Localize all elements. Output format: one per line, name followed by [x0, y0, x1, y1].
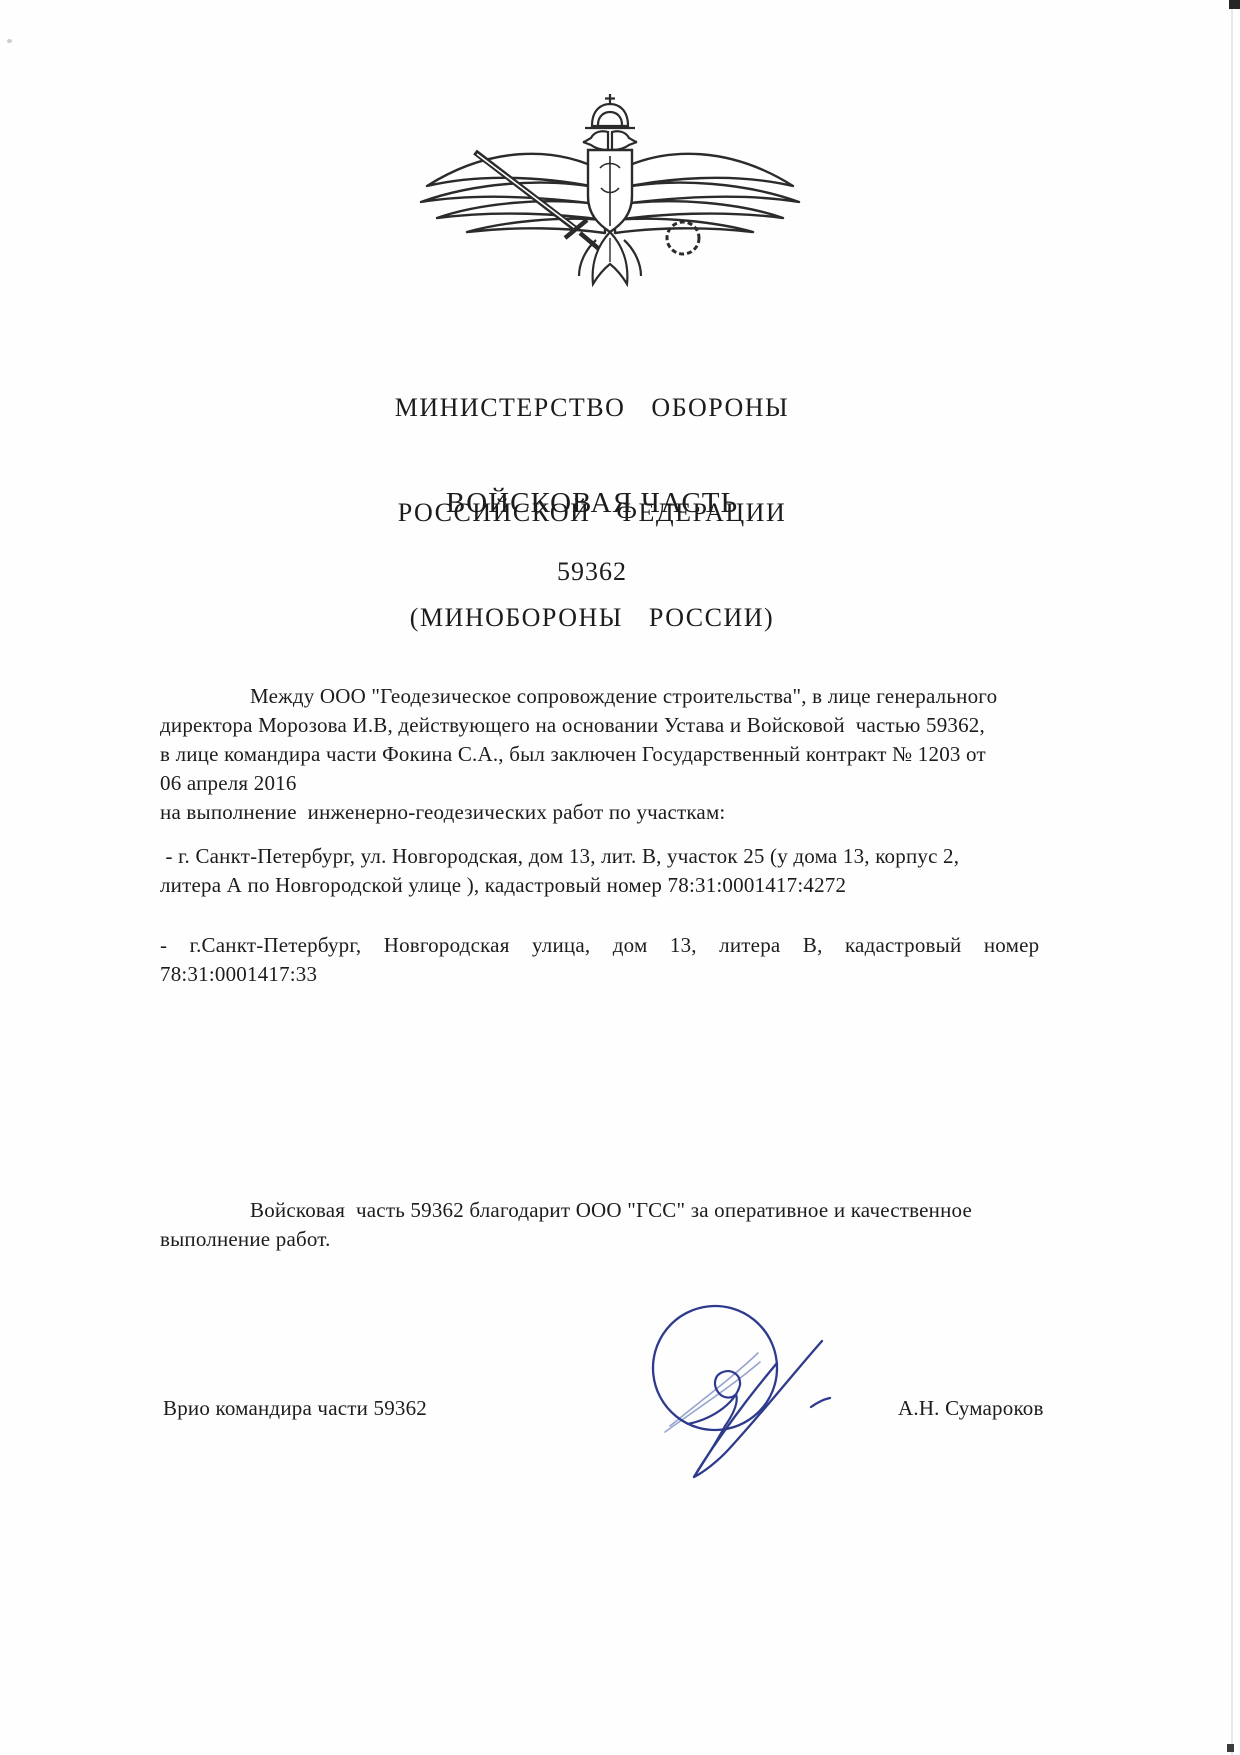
site-item-1: - г. Санкт-Петербург, ул. Новгородская, …	[160, 842, 1128, 900]
crown-icon	[585, 94, 635, 128]
unit-number: 59362	[0, 556, 1184, 588]
double-headed-eagle-emblem-icon	[415, 92, 805, 292]
scan-corner-mark-top	[1229, 0, 1240, 9]
scanned-letter-page: МИНИСТЕРСТВО ОБОРОНЫ РОССИЙСКОЙ ФЕДЕРАЦИ…	[0, 0, 1240, 1755]
ministry-line-1: МИНИСТЕРСТВО ОБОРОНЫ	[0, 390, 1184, 425]
contract-paragraph-line: директора Морозова И.В, действующего на …	[160, 711, 1128, 740]
site-1-line: литера А по Новгородской улице ), кадаст…	[160, 871, 1128, 900]
site-2-line: 78:31:0001417:33	[160, 960, 1128, 989]
gratitude-paragraph: Войсковая часть 59362 благодарит ООО "ГС…	[160, 1196, 1128, 1254]
gratitude-line: выполнение работ.	[160, 1225, 1128, 1254]
site-2-line: - г.Санкт-Петербург, Новгородская улица,…	[160, 931, 1128, 960]
site-1-line: - г. Санкт-Петербург, ул. Новгородская, …	[160, 842, 1128, 871]
military-unit-header: ВОЙСКОВАЯ ЧАСТЬ 59362	[0, 450, 1184, 624]
eagle-heads	[583, 131, 637, 150]
contract-paragraph-line: Между ООО "Геодезическое сопровождение с…	[160, 682, 1128, 711]
signer-name: А.Н. Сумароков	[898, 1396, 1044, 1421]
scan-edge-line	[1231, 0, 1233, 1755]
contract-paragraph: Между ООО "Геодезическое сопровождение с…	[160, 682, 1128, 827]
gratitude-line: Войсковая часть 59362 благодарит ООО "ГС…	[160, 1196, 1128, 1225]
contract-paragraph-line: в лице командира части Фокина С.А., был …	[160, 740, 1128, 769]
contract-paragraph-line: 06 апреля 2016	[160, 769, 1128, 798]
site-item-2: - г.Санкт-Петербург, Новгородская улица,…	[160, 931, 1128, 989]
unit-title: ВОЙСКОВАЯ ЧАСТЬ	[0, 486, 1184, 520]
handwritten-signature	[628, 1286, 843, 1491]
scan-speck	[7, 39, 12, 43]
contract-paragraph-line: на выполнение инженерно-геодезических ра…	[160, 798, 1128, 827]
shield-icon	[588, 150, 632, 232]
scan-corner-mark-bottom	[1227, 1744, 1234, 1752]
signer-title: Врио командира части 59362	[163, 1396, 427, 1421]
